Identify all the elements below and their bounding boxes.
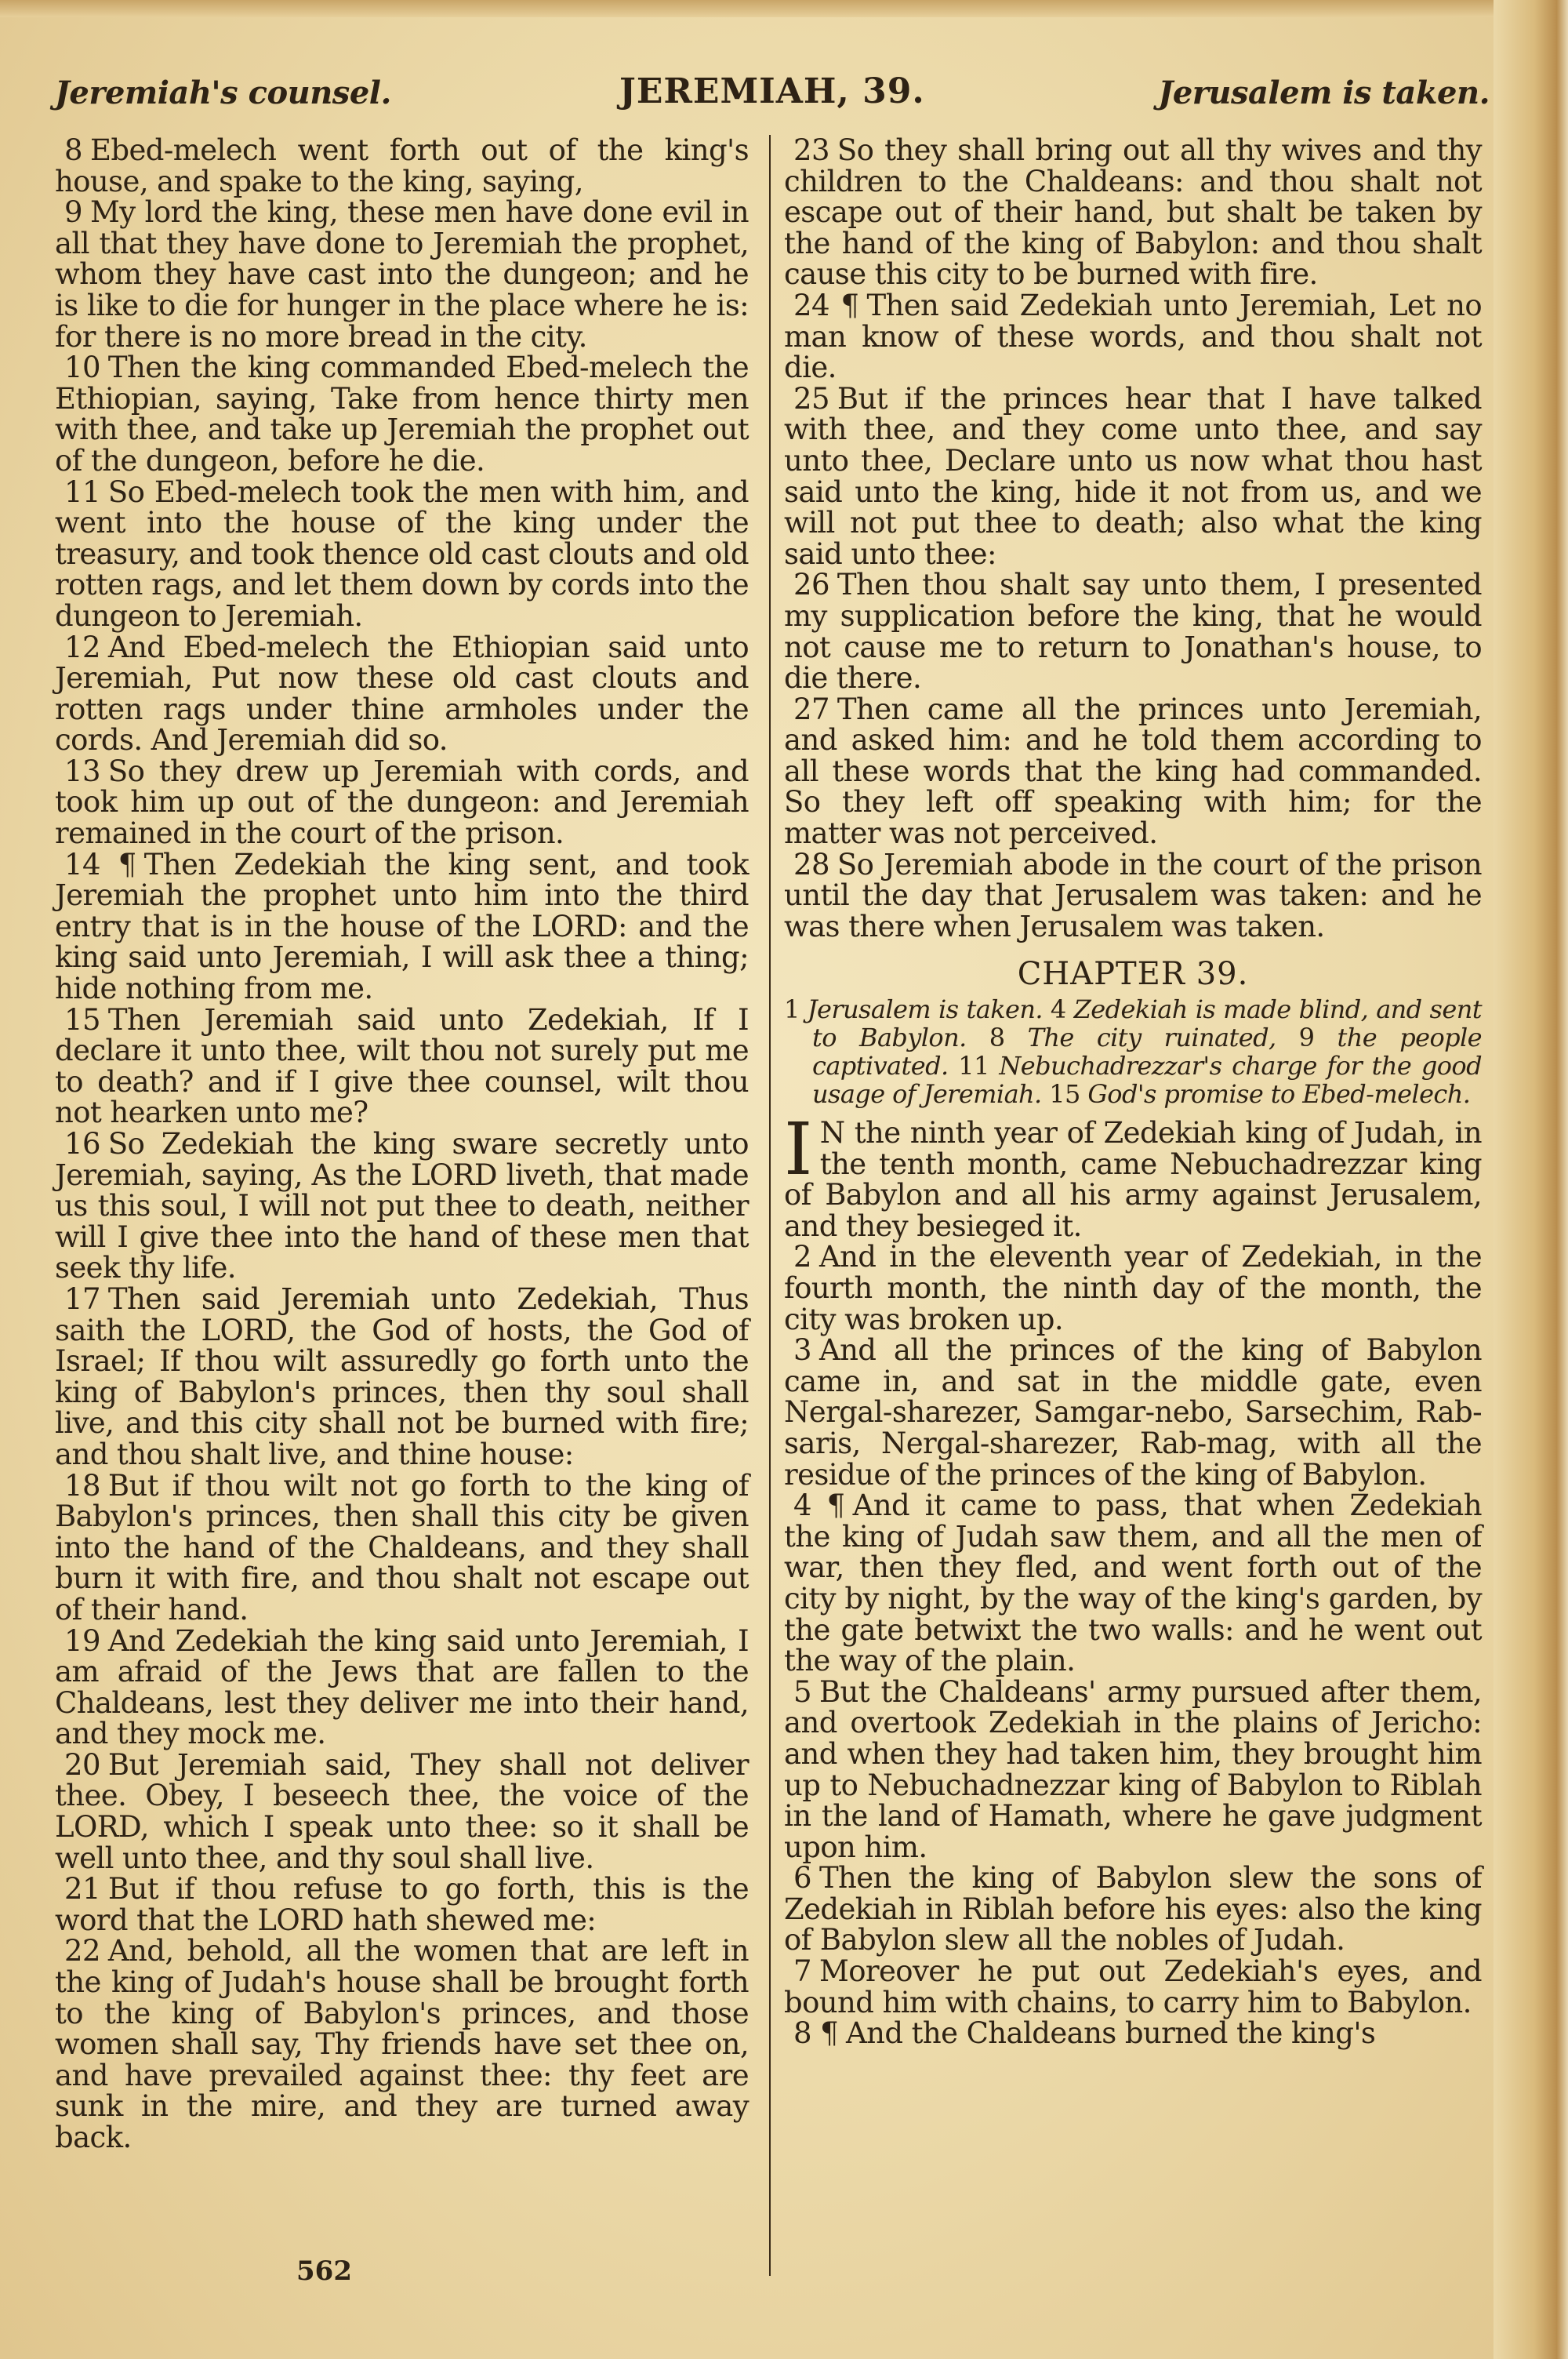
verse: 25But if the princes hear that I have ta… [784,383,1482,570]
running-head-left: Jeremiah's counsel. [55,75,391,111]
verse: 22And, behold, all the women that are le… [55,1936,749,2153]
column-divider [769,135,771,2276]
verse: 28So Jeremiah abode in the court of the … [784,849,1482,943]
verse: 26Then thou shalt say unto them, I prese… [784,569,1482,693]
verse: 8Ebed-melech went forth out of the king'… [55,135,749,197]
left-column: 8Ebed-melech went forth out of the king'… [55,135,749,2154]
verse: 27Then came all the princes unto Jeremia… [784,694,1482,849]
verse: 12And Ebed-melech the Ethiopian said unt… [55,632,749,756]
verse: 3And all the princes of the king of Baby… [784,1335,1482,1490]
verse: 21But if thou refuse to go forth, this i… [55,1874,749,1936]
right-column: 23So they shall bring out all thy wives … [784,135,1482,2049]
chapter-summary: 1 Jerusalem is taken. 4 Zedekiah is made… [784,995,1482,1108]
verse: 20But Jeremiah said, They shall not deli… [55,1750,749,1874]
verse: 17Then said Jeremiah unto Zedekiah, Thus… [55,1284,749,1470]
verse: 19And Zedekiah the king said unto Jeremi… [55,1626,749,1750]
verse: 24 ¶Then said Zedekiah unto Jeremiah, Le… [784,290,1482,383]
verse: 8 ¶And the Chaldeans burned the king's [784,2018,1482,2049]
verse: 15Then Jeremiah said unto Zedekiah, If I… [55,1005,749,1129]
verse: 10Then the king commanded Ebed-melech th… [55,352,749,476]
page-top-edge [0,0,1568,17]
running-head: Jeremiah's counsel. JEREMIAH, 39. Jerusa… [55,75,1490,122]
verse: 4 ¶And it came to pass, that when Zedeki… [784,1490,1482,1677]
verse: 6Then the king of Babylon slew the sons … [784,1863,1482,1956]
verse: 11So Ebed-melech took the men with him, … [55,477,749,632]
verse: 5But the Chaldeans' army pursued after t… [784,1677,1482,1863]
book-page: Jeremiah's counsel. JEREMIAH, 39. Jerusa… [0,0,1568,2359]
page-number: 562 [296,2255,352,2287]
verse: 14 ¶Then Zedekiah the king sent, and too… [55,849,749,1005]
running-head-book-chapter: JEREMIAH, 39. [619,71,925,111]
verse-first: IN the ninth year of Zedekiah king of Ju… [784,1118,1482,1241]
verse: 16So Zedekiah the king sware secretly un… [55,1129,749,1284]
verse: 7Moreover he put out Zedekiah's eyes, an… [784,1956,1482,2018]
verse: 18But if thou wilt not go forth to the k… [55,1470,749,1626]
verse: 2And in the eleventh year of Zedekiah, i… [784,1241,1482,1335]
chapter-heading: CHAPTER 39. [784,959,1482,990]
verse: 9My lord the king, these men have done e… [55,197,749,352]
page-fore-edge [1494,0,1568,2359]
verse: 23So they shall bring out all thy wives … [784,135,1482,290]
verse: 13So they drew up Jeremiah with cords, a… [55,756,749,849]
running-head-right: Jerusalem is taken. [1158,75,1490,111]
drop-cap: I [784,1121,812,1179]
